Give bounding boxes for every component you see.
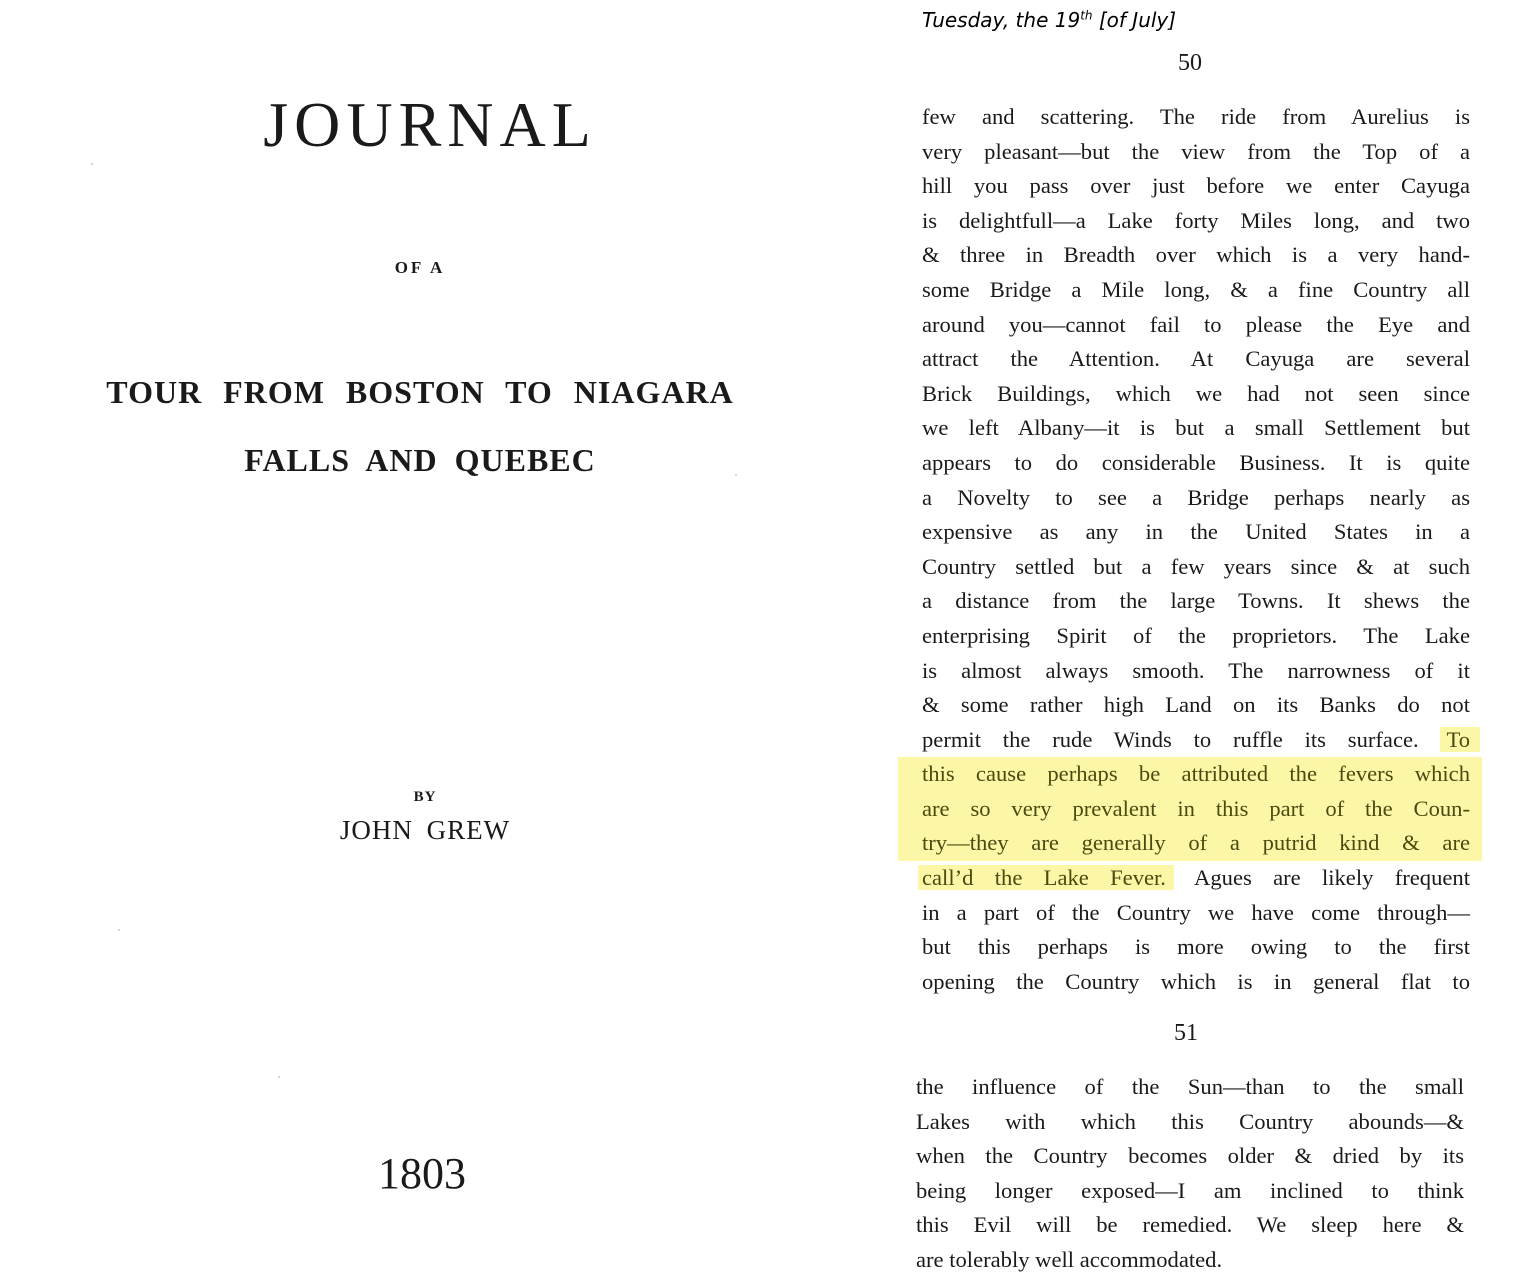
book-title: JOURNAL <box>0 88 860 162</box>
text-line: is almost always smooth. The narrowness … <box>922 654 1470 689</box>
text-line: & three in Breadth over which is a very … <box>922 238 1470 273</box>
text-line: a Novelty to see a Bridge perhaps nearly… <box>922 481 1470 516</box>
page-number-51: 51 <box>906 1020 1466 1047</box>
page-50-text: few and scattering. The ride from Aureli… <box>922 100 1470 999</box>
plain-text: permit the rude Winds to ruffle its surf… <box>922 727 1419 752</box>
text-line: the influence of the Sun—than to the sma… <box>916 1070 1464 1105</box>
text-line: Lakes with which this Country abounds—& <box>916 1105 1464 1140</box>
text-line: this Evil will be remedied. We sleep her… <box>916 1208 1464 1243</box>
subtitle-line-1: TOUR FROM BOSTON TO NIAGARA <box>0 374 850 411</box>
text-line: few and scattering. The ride from Aureli… <box>922 100 1470 135</box>
text-line: is delightfull—a Lake forty Miles long, … <box>922 204 1470 239</box>
highlighted-line: try—they are generally of a putrid kind … <box>898 826 1482 861</box>
highlighted-text: call’d the Lake Fever. <box>918 865 1174 890</box>
publication-year: 1803 <box>0 1148 852 1199</box>
text-line: & some rather high Land on its Banks do … <box>922 688 1470 723</box>
scan-speck <box>735 474 737 476</box>
scan-speck <box>278 1076 280 1078</box>
author-name: JOHN GREW <box>0 815 855 846</box>
text-line: some Bridge a Mile long, & a fine Countr… <box>922 273 1470 308</box>
text-line: Brick Buildings, which we had not seen s… <box>922 377 1470 412</box>
text-line-with-highlight-end: call’d the Lake Fever. Agues are likely … <box>922 861 1470 896</box>
day-header-ordinal: th <box>1080 8 1092 22</box>
text-line: attract the Attention. At Cayuga are sev… <box>922 342 1470 377</box>
text-line: hill you pass over just before we enter … <box>922 169 1470 204</box>
day-header: Tuesday, the 19th [of July] <box>922 8 1176 32</box>
page-51-text: the influence of the Sun—than to the sma… <box>916 1070 1464 1277</box>
day-header-suffix: [of July] <box>1093 8 1177 32</box>
text-line-with-highlight-start: permit the rude Winds to ruffle its surf… <box>922 723 1470 758</box>
text-line: being longer exposed—I am inclined to th… <box>916 1174 1464 1209</box>
highlighted-line: this cause perhaps be attributed the fev… <box>898 757 1482 792</box>
text-line: very pleasant—but the view from the Top … <box>922 135 1470 170</box>
text-line: expensive as any in the United States in… <box>922 515 1470 550</box>
plain-text: Agues are likely frequent <box>1194 865 1470 890</box>
title-of-a: OF A <box>0 258 850 278</box>
text-line: are tolerably well accommodated. <box>916 1243 1464 1277</box>
text-line: we left Albany—it is but a small Settlem… <box>922 411 1470 446</box>
text-line: in a part of the Country we have come th… <box>922 896 1470 931</box>
subtitle-line-2: FALLS AND QUEBEC <box>0 442 850 479</box>
text-line: around you—cannot fail to please the Eye… <box>922 308 1470 343</box>
scan-speck <box>118 929 120 931</box>
text-line: appears to do considerable Business. It … <box>922 446 1470 481</box>
title-page: JOURNAL OF A TOUR FROM BOSTON TO NIAGARA… <box>0 0 860 1277</box>
text-line: when the Country becomes older & dried b… <box>916 1139 1464 1174</box>
text-line: a distance from the large Towns. It shew… <box>922 584 1470 619</box>
text-line: Country settled but a few years since & … <box>922 550 1470 585</box>
text-line: but this perhaps is more owing to the fi… <box>922 930 1470 965</box>
scan-speck <box>91 163 93 165</box>
text-line: opening the Country which is in general … <box>922 965 1470 1000</box>
by-label: BY <box>0 789 855 806</box>
text-line: enterprising Spirit of the proprietors. … <box>922 619 1470 654</box>
day-header-text: Tuesday, the 19 <box>922 8 1080 32</box>
highlighted-line: are so very prevalent in this part of th… <box>898 792 1482 827</box>
highlighted-text: To <box>1440 727 1480 752</box>
page-number-50: 50 <box>910 50 1470 77</box>
